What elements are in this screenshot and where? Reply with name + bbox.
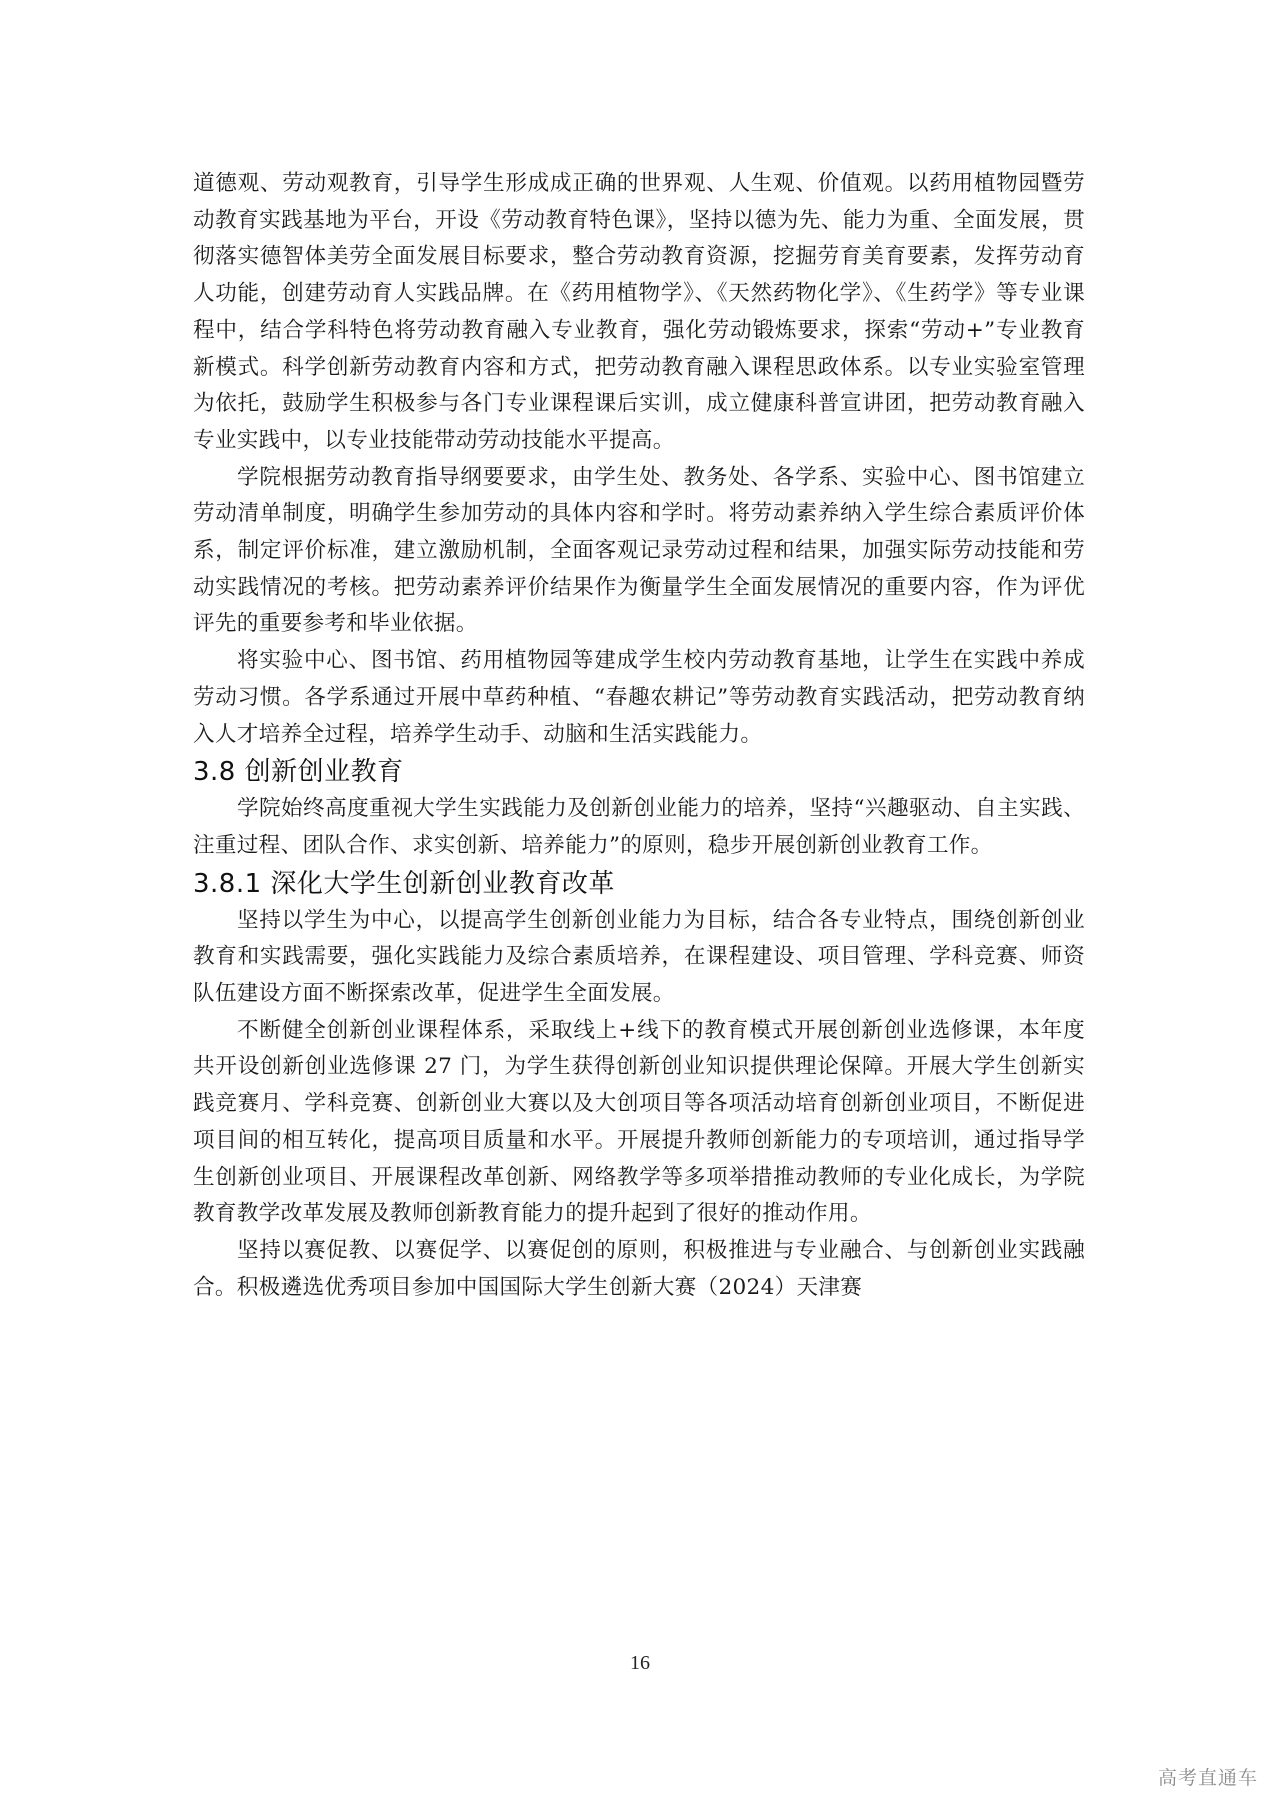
body-paragraph: 坚持以学生为中心，以提高学生创新创业能力为目标，结合各专业特点，围绕创新创业教育… bbox=[193, 903, 1085, 1013]
document-body: 道德观、劳动观教育，引导学生形成成正确的世界观、人生观、价值观。以药用植物园暨劳… bbox=[193, 166, 1085, 1306]
body-paragraph: 坚持以赛促教、以赛促学、以赛促创的原则，积极推进与专业融合、与创新创业实践融合。… bbox=[193, 1233, 1085, 1306]
body-paragraph: 不断健全创新创业课程体系，采取线上+线下的教育模式开展创新创业选修课，本年度共开… bbox=[193, 1013, 1085, 1233]
page-number: 16 bbox=[0, 1652, 1280, 1675]
watermark-text: 高考直通车 bbox=[1158, 1763, 1258, 1790]
body-paragraph: 学院根据劳动教育指导纲要要求，由学生处、教务处、各学系、实验中心、图书馆建立劳动… bbox=[193, 460, 1085, 644]
document-page: 道德观、劳动观教育，引导学生形成成正确的世界观、人生观、价值观。以药用植物园暨劳… bbox=[0, 0, 1280, 1810]
subsection-heading: 3.8.1 深化大学生创新创业教育改革 bbox=[193, 865, 1085, 903]
body-paragraph: 学院始终高度重视大学生实践能力及创新创业能力的培养，坚持“兴趣驱动、自主实践、注… bbox=[193, 791, 1085, 864]
body-paragraph: 道德观、劳动观教育，引导学生形成成正确的世界观、人生观、价值观。以药用植物园暨劳… bbox=[193, 166, 1085, 460]
body-paragraph: 将实验中心、图书馆、药用植物园等建成学生校内劳动教育基地，让学生在实践中养成劳动… bbox=[193, 643, 1085, 753]
section-heading: 3.8 创新创业教育 bbox=[193, 753, 1085, 791]
